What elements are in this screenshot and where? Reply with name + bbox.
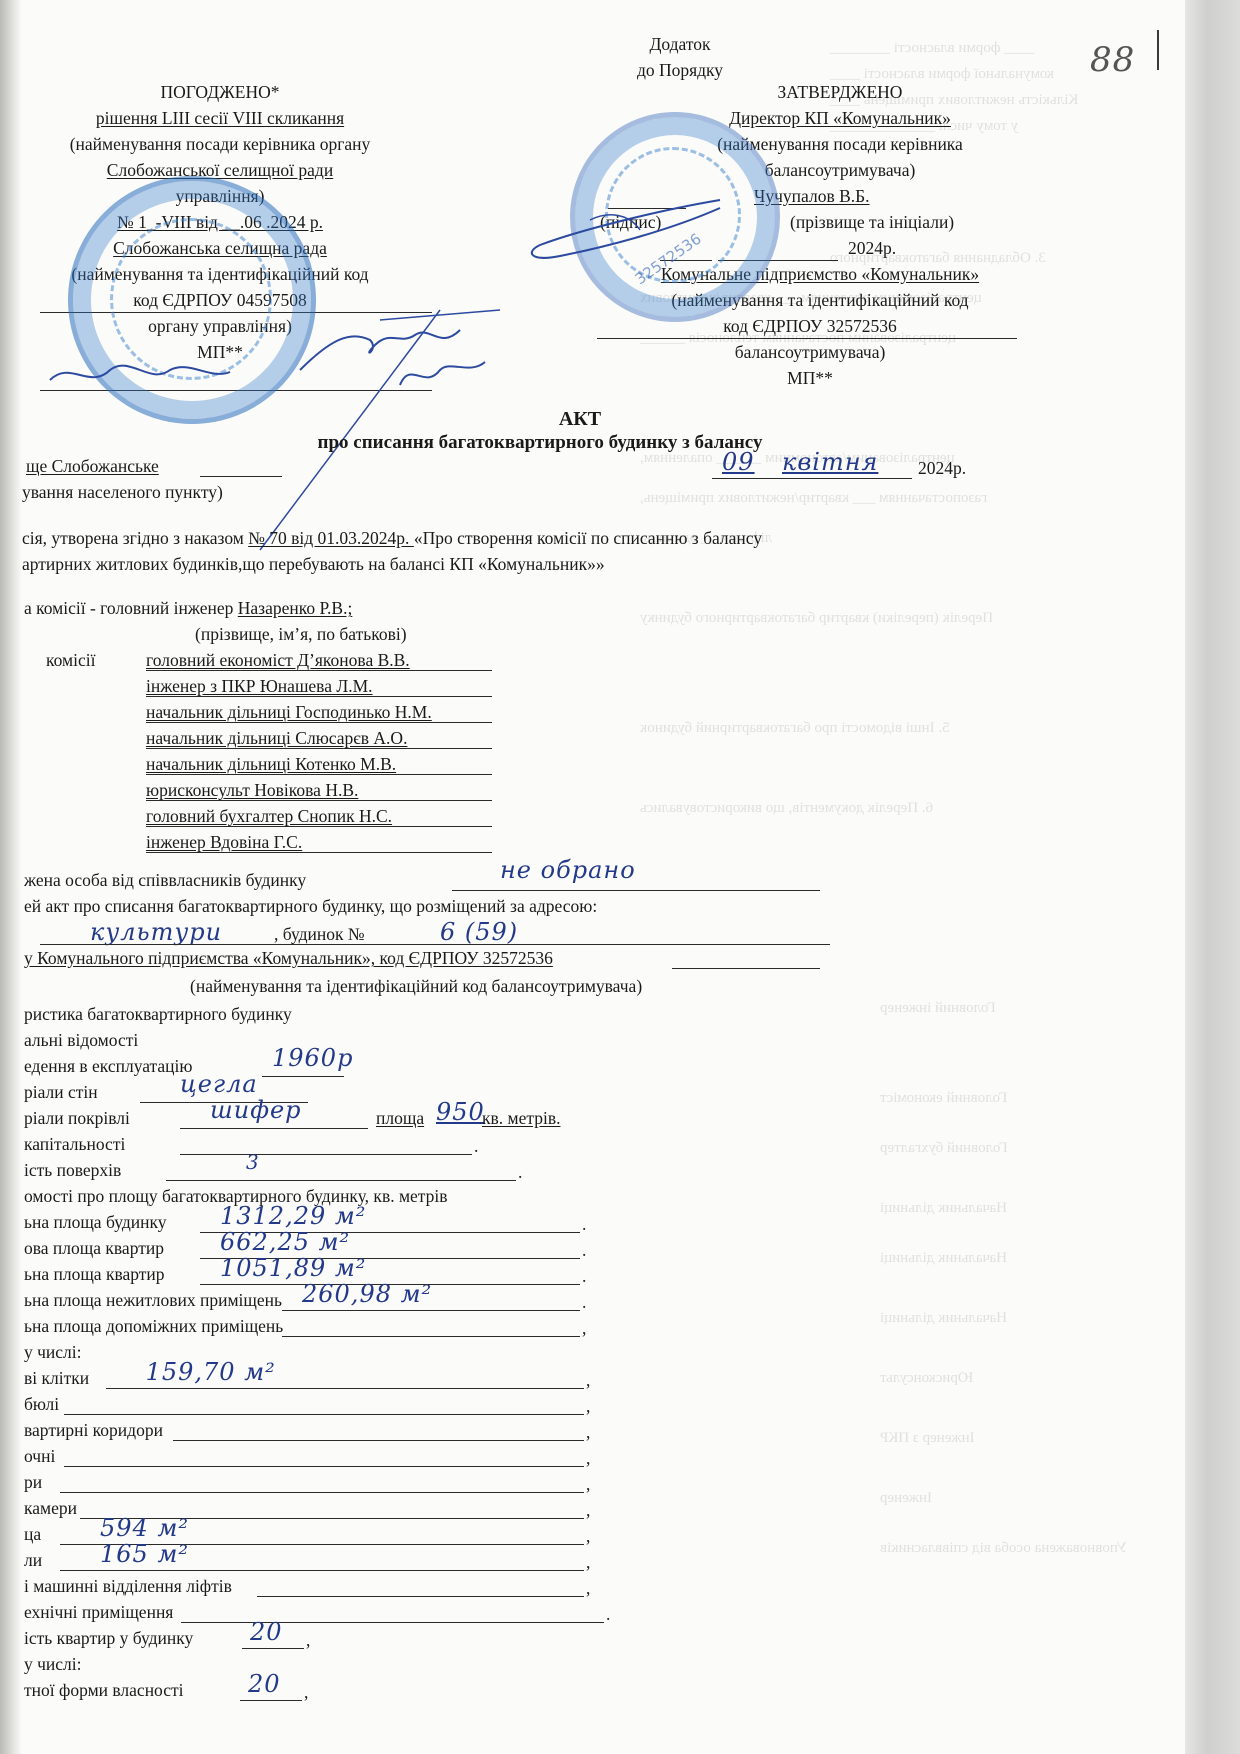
area-value: 662,25 м² xyxy=(220,1228,350,1256)
commission-member-rule xyxy=(146,826,492,827)
approved-signature xyxy=(520,190,740,270)
auxiliary-label: ри xyxy=(24,1474,42,1492)
apartments-end: , xyxy=(306,1632,310,1650)
act-date-rule xyxy=(712,478,912,479)
area-end: . xyxy=(582,1268,586,1286)
incl-label-2: у числі: xyxy=(24,1656,82,1674)
approved-year: 2024р. xyxy=(848,240,896,258)
address-house: 6 (59) xyxy=(440,918,518,946)
commission-member-rule xyxy=(146,852,492,853)
area-value: 1312,29 м² xyxy=(220,1202,366,1230)
auxiliary-rule xyxy=(60,1492,584,1493)
commission-member-rule xyxy=(146,670,492,671)
commission-member-rule xyxy=(146,774,492,775)
commission-member-rule xyxy=(146,696,492,697)
area-value: 1051,89 м² xyxy=(220,1254,366,1282)
auxiliary-end: , xyxy=(586,1424,590,1442)
roof-rule xyxy=(180,1128,368,1129)
agreed-head-caption: (найменування посади керівника органу xyxy=(40,136,400,154)
area-rule xyxy=(282,1310,580,1311)
auxiliary-rule xyxy=(60,1570,584,1571)
characteristics-general: альні відомості xyxy=(24,1032,138,1050)
auxiliary-rule xyxy=(173,1440,584,1441)
commission-order-prefix: сія, утворена згідно з наказом xyxy=(22,528,248,548)
apartments-value: 20 xyxy=(250,1618,283,1646)
auxiliary-rule xyxy=(257,1596,584,1597)
auxiliary-end: . xyxy=(606,1606,610,1624)
annex-line-2: до Порядку xyxy=(600,62,760,80)
apartments-rule xyxy=(242,1648,304,1649)
characteristics-heading: ристика багатоквартирного будинку xyxy=(24,1006,292,1024)
commissioning-label: едення в експлуатацію xyxy=(24,1058,192,1076)
commission-member: головний бухгалтер Снопик Н.С. xyxy=(146,808,392,826)
auxiliary-rule xyxy=(106,1388,584,1389)
commission-member: головний економіст Д’яконова В.В. xyxy=(146,652,410,670)
apartments-label: ість квартир у будинку xyxy=(24,1630,193,1648)
scan-mark xyxy=(1157,30,1159,70)
auxiliary-end: , xyxy=(586,1372,590,1390)
address-holder: у Комунального підприємства «Комунальник… xyxy=(24,950,553,968)
walls-label: ріали стін xyxy=(24,1084,98,1102)
address-street: культури xyxy=(90,918,222,946)
commission-member-rule xyxy=(146,748,492,749)
capital-label: капітальності xyxy=(24,1136,125,1154)
commission-member-rule xyxy=(146,722,492,723)
area-end: . xyxy=(582,1242,586,1260)
area-rule xyxy=(282,1336,580,1337)
commission-order-line-2: артирних житлових будинків,що перебувают… xyxy=(22,556,605,574)
commission-member: начальник дільниці Котенко М.В. xyxy=(146,756,396,774)
scan-left-shadow xyxy=(0,0,22,1754)
commission-member: юрисконсульт Новікова Н.В. xyxy=(146,782,358,800)
scan-right-edge xyxy=(1185,0,1240,1754)
commissioning-value: 1960р xyxy=(272,1044,353,1072)
roof-area-unit: кв. метрів. xyxy=(482,1110,560,1128)
auxiliary-label: ли xyxy=(24,1552,42,1570)
auxiliary-label: і машинні відділення ліфтів xyxy=(24,1578,232,1596)
private-value: 20 xyxy=(248,1670,281,1698)
private-end: , xyxy=(304,1684,308,1702)
act-date-month: квітня xyxy=(782,448,878,476)
capital-rule xyxy=(180,1154,472,1155)
area-label: ова площа квартир xyxy=(24,1240,164,1258)
area-label: ьна площа нежитлових приміщень xyxy=(24,1292,282,1310)
floors-end: . xyxy=(518,1164,522,1182)
agreed-decision: рішення LIII сесії VIII скликання xyxy=(40,110,400,128)
auxiliary-rule xyxy=(64,1466,584,1467)
approved-title: ЗАТВЕРДЖЕНО xyxy=(650,84,1030,102)
auxiliary-value: 165 м² xyxy=(100,1540,189,1568)
auxiliary-label: камери xyxy=(24,1500,77,1518)
auxiliary-label: ца xyxy=(24,1526,41,1544)
auxiliary-end: , xyxy=(586,1476,590,1494)
commission-member: начальник дільниці Слюсарєв А.О. xyxy=(146,730,407,748)
co-owner-rule xyxy=(452,890,820,891)
commission-chair-caption: (прізвище, ім’я, по батькові) xyxy=(195,626,407,644)
commission-chair-name: Назаренко Р.В.; xyxy=(238,598,353,618)
auxiliary-end: , xyxy=(586,1502,590,1520)
area-label: ьна площа допоміжних приміщень xyxy=(24,1318,283,1336)
commission-order-number: № 70 від 01.03.2024р. xyxy=(248,528,414,548)
auxiliary-rule xyxy=(64,1414,584,1415)
settlement-rule xyxy=(200,476,282,477)
auxiliary-end: , xyxy=(586,1398,590,1416)
commission-member: інженер Вдовіна Г.С. xyxy=(146,834,302,852)
area-label: ьна площа будинку xyxy=(24,1214,166,1232)
auxiliary-value: 159,70 м² xyxy=(146,1358,276,1386)
area-end: . xyxy=(582,1216,586,1234)
roof-value: шифер xyxy=(210,1096,302,1124)
roof-area-label: площа xyxy=(376,1110,424,1128)
address-intro: ей акт про списання багатоквартирного бу… xyxy=(24,898,597,916)
walls-value: цегла xyxy=(180,1070,258,1098)
commission-order-line: сія, утворена згідно з наказом № 70 від … xyxy=(22,530,762,548)
commission-member-rule xyxy=(146,800,492,801)
auxiliary-end: , xyxy=(586,1528,590,1546)
private-label: тної форми власності xyxy=(24,1682,184,1700)
floors-rule xyxy=(166,1180,516,1181)
auxiliary-label: очні xyxy=(24,1448,55,1466)
commission-chair-label: а комісії - головний інженер xyxy=(24,598,238,618)
auxiliary-rule xyxy=(181,1622,604,1623)
commissioning-rule xyxy=(262,1076,344,1077)
area-end: . xyxy=(582,1294,586,1312)
address-holder-rule xyxy=(672,968,820,969)
floors-label: ість поверхів xyxy=(24,1162,121,1180)
area-value: 260,98 м² xyxy=(302,1280,432,1308)
commission-chair: а комісії - головний інженер Назаренко Р… xyxy=(24,600,352,618)
act-subtitle: про списання багатоквартирного будинку з… xyxy=(230,432,850,454)
auxiliary-label: вартирні коридори xyxy=(24,1422,163,1440)
roof-area-value: 950 xyxy=(436,1098,485,1126)
auxiliary-label: ві клітки xyxy=(24,1370,89,1388)
address-rule xyxy=(40,944,830,945)
approved-name-caption: (прізвище та ініціали) xyxy=(790,214,954,232)
auxiliary-end: , xyxy=(586,1580,590,1598)
area-end: , xyxy=(582,1320,586,1338)
auxiliary-end: , xyxy=(586,1450,590,1468)
act-date-year: 2024р. xyxy=(918,460,966,478)
approved-edrpou-rule xyxy=(597,338,1017,339)
private-rule xyxy=(240,1700,302,1701)
commission-members-label: комісії xyxy=(46,652,95,670)
act-date-day: 09 xyxy=(722,448,755,476)
capital-end: . xyxy=(474,1138,478,1156)
page-number: 88 xyxy=(1090,40,1135,80)
approved-holder-caption: балансоутримувача) xyxy=(600,344,1020,362)
incl-label: у числі: xyxy=(24,1344,82,1362)
auxiliary-label: бюлі xyxy=(24,1396,59,1414)
auxiliary-label: ехнічні приміщення xyxy=(24,1604,173,1622)
agreed-council-name: Слобожанської селищної ради xyxy=(40,162,400,180)
auxiliary-value: 594 м² xyxy=(100,1514,189,1542)
annex-line-1: Додаток xyxy=(600,36,760,54)
commission-member: начальник дільниці Господинько Н.М. xyxy=(146,704,432,722)
settlement-caption: ування населеного пункту) xyxy=(22,484,223,502)
co-owner-label: жена особа від співвласників будинку xyxy=(24,872,306,890)
commission-member: інженер з ПКР Юнашева Л.М. xyxy=(146,678,373,696)
settlement: ще Слобожанське xyxy=(26,458,159,476)
auxiliary-end: , xyxy=(586,1554,590,1572)
area-label: ьна площа квартир xyxy=(24,1266,165,1284)
agreed-title: ПОГОДЖЕНО* xyxy=(40,84,400,102)
co-owner-value: не обрано xyxy=(500,856,636,884)
roof-label: ріали покрівлі xyxy=(24,1110,130,1128)
address-house-label: , будинок № xyxy=(274,926,365,944)
address-holder-caption: (найменування та ідентифікаційний код ба… xyxy=(190,978,642,996)
act-title: АКТ xyxy=(300,408,860,431)
commission-order-title: «Про створення комісії по списанню з бал… xyxy=(414,528,762,548)
floors-value: 3 xyxy=(246,1150,260,1174)
approved-seal: МП** xyxy=(600,370,1020,388)
